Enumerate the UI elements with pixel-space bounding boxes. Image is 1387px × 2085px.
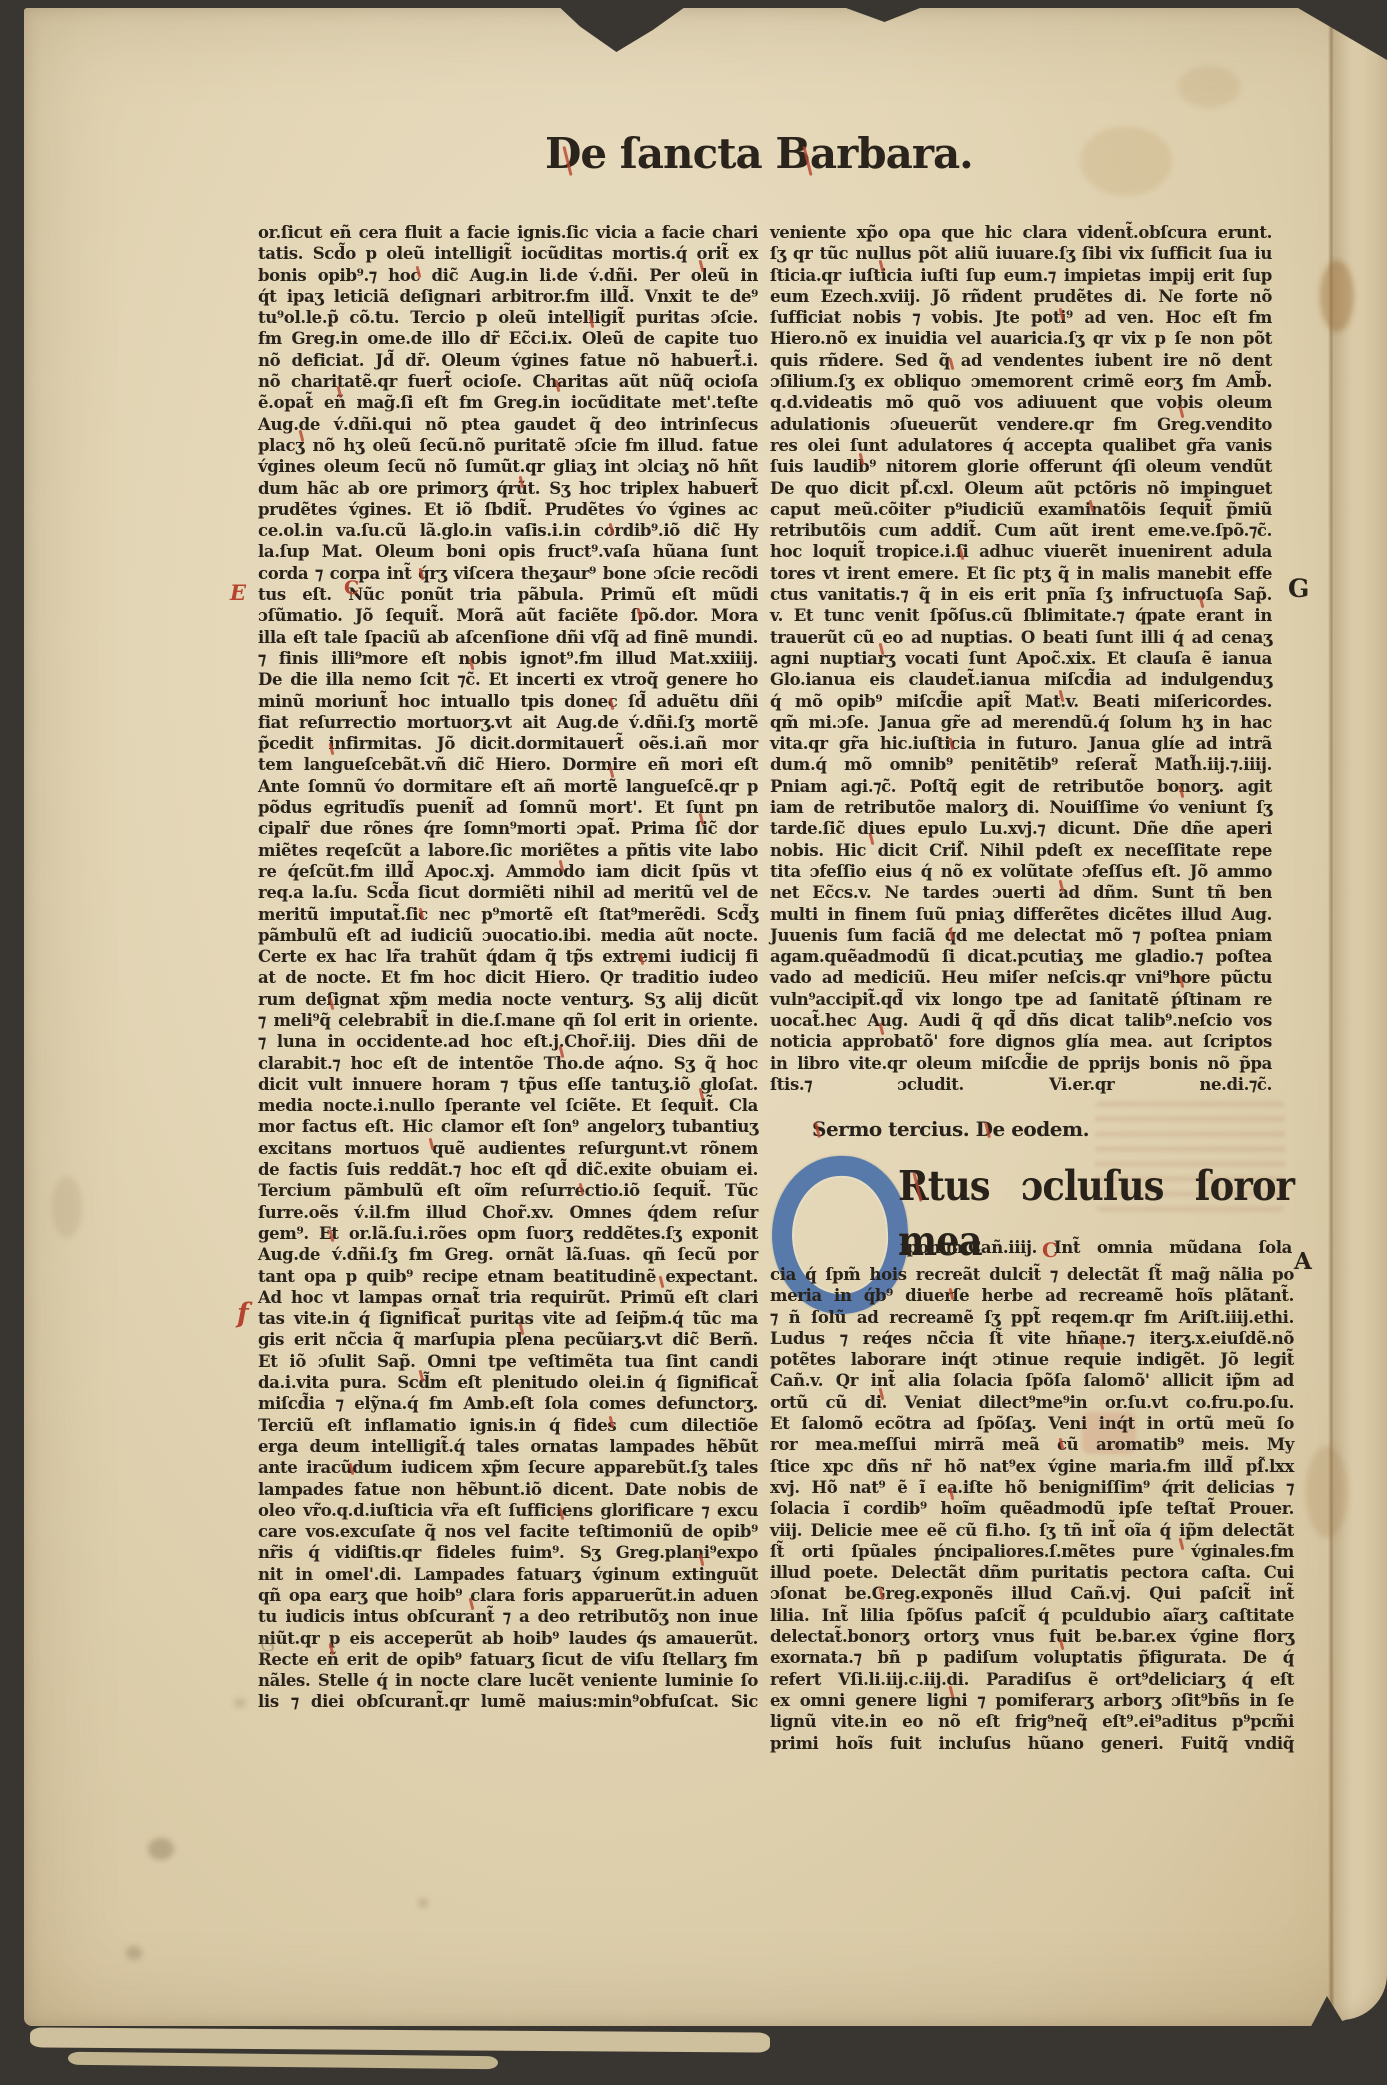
text-line: req.a la.ſu. Scd̃a ſicut dormiẽti nihil … <box>258 882 758 903</box>
text-line: ſurre.oẽs v́.il.fm illud Chor̃.xv. Omnes… <box>258 1202 758 1223</box>
text-line: nr̃is q́ vidiſtis.qr fideles fuim⁹. Sʒ G… <box>258 1542 758 1563</box>
text-line: Ante ſomnũ v́o dormitare eſt añ mortẽ la… <box>258 776 758 797</box>
text-line: ante iracũdum iudicem xp̃m ſecure appare… <box>258 1457 758 1478</box>
text-line: De quo dicit pſ̃.cxl. Oleum aũt pctõris … <box>770 478 1272 499</box>
text-line: ſtis.⁊ ɔcludit. Vi.er.qr ne.di.⁊c̃. <box>770 1074 1272 1095</box>
text-line: Terciũ eſt inflamatio ignis.in q́ fides … <box>258 1415 758 1436</box>
text-line: nobis. Hic dicit Criſ̃. Nihil pdeſt ex n… <box>770 840 1272 861</box>
text-line: at de nocte. Et fm hoc dicit Hiero. Qr t… <box>258 967 758 988</box>
text-line: tita ɔfeſſio eius q́ nõ ex volũtate ɔfeſ… <box>770 861 1272 882</box>
text-line: prudẽtes v́gines. Et iõ ſbdit̃. Prudẽtes… <box>258 499 758 520</box>
text-line: ror mea.meſſui mirrã meã cũ aromatib⁹ me… <box>770 1434 1294 1455</box>
text-line: niũt.qr p eis acceperũt ab hoib⁹ laudes … <box>258 1628 758 1649</box>
page-title: De ſancta Barbara. <box>545 133 965 175</box>
text-line: minũ moriunt̃ hoc intuallo tpis donec ſd… <box>258 691 758 712</box>
text-line: Ad hoc vt lampas ornat̃ tria requirũt. P… <box>258 1287 758 1308</box>
text-line: illa eſt tale ſpaciũ ab aſcenſione dñi v… <box>258 627 758 648</box>
text-line: Juuenis ſum faciã q́d me delectat mõ ⁊ p… <box>770 925 1272 946</box>
text-line: q́ mõ opib⁹ miſcd̃ie apit̃ Mat.v. Beati … <box>770 691 1272 712</box>
text-line: vuln⁹accipit̃.qd̃ vix longo tpe ad ſanit… <box>770 989 1272 1010</box>
text-line: excitans mortuos quẽ audientes reſurgunt… <box>258 1138 758 1159</box>
text-line: adulationis ɔſueuerũt vendere.qr fm Greg… <box>770 414 1272 435</box>
text-line: dum hãc ab ore primorʒ q́rũt. Sʒ hoc tri… <box>258 478 758 499</box>
text-line: ɔſonat be.Greg.exponẽs illud Cañ.vj. Qui… <box>770 1583 1294 1604</box>
text-line: ⁊ ñ ſolũ ad recreamẽ ſʒ ppt̃ reqem.qr fm… <box>770 1307 1294 1328</box>
text-line: quis rñdere. Sed q̃ ad vendentes iubent … <box>770 350 1272 371</box>
text-line: tu iudicis intus obſcurant̃ ⁊ a deo retr… <box>258 1606 758 1627</box>
text-line: q́t ipaʒ leticiã deſignari arbitror.fm i… <box>258 286 758 307</box>
text-line: Et ſalomõ ecõtra ad ſpõſaʒ. Veni inq́t i… <box>770 1413 1294 1434</box>
text-line: ſuis laudib⁹ nitorem glorie offerunt q́ſ… <box>770 456 1272 477</box>
text-line: in libro vite.qr oleum miſcd̃ie de pprij… <box>770 1053 1272 1074</box>
text-line: Cañ.v. Qr int̃ alia ſolacia ſpõſa ſalomõ… <box>770 1370 1294 1391</box>
text-line: lampades fatue non hẽbunt.iõ dicent. Dat… <box>258 1479 758 1500</box>
page-edge-sliver <box>30 2027 770 2052</box>
text-line: delectat̃.bonorʒ ortorʒ vnus fuit be.bar… <box>770 1626 1294 1647</box>
text-line: oleo vr̃o.q.d.iuſticia vr̃a eſt ſufficie… <box>258 1500 758 1521</box>
right-text-column-bottom: cia q́ ſpm̃ hois recreãt dulcit̃ ⁊ delec… <box>770 1264 1294 1754</box>
rubric-pilcrow: C <box>1042 1238 1058 1262</box>
text-line: Et iõ ɔſulit Sap̃. Omni tpe veſtimẽta tu… <box>258 1351 758 1372</box>
text-line: gis erit nc̃cia q̃ marſupia plena pecũia… <box>258 1329 758 1350</box>
text-line: fiat reſurrectio mortuorʒ.vt ait Aug.de … <box>258 712 758 733</box>
text-line: tus eſt. Nũc ponũt tria pãbula. Primũ eſ… <box>258 584 758 605</box>
text-line: re q́eſcũt.fm illd̃ Apoc.xj. Ammodo iam … <box>258 861 758 882</box>
text-line: tores vt irent emere. Et ſic ptʒ q̃ in m… <box>770 563 1272 584</box>
text-line: cia q́ ſpm̃ hois recreãt dulcit̃ ⁊ delec… <box>770 1264 1294 1285</box>
text-line: tas vite.in q́ ſignificat̃ puritas vite … <box>258 1308 758 1329</box>
text-line: iam de retributõe malorʒ di. Nouiſſime v… <box>770 797 1272 818</box>
text-line: ⁊ finis illi⁹more eſt nobis ignot⁹.fm il… <box>258 648 758 669</box>
rubric-pilcrow: C <box>344 577 359 599</box>
left-text-column: or.ſicut eñ cera fluit a facie ignis.ſic… <box>258 222 758 1713</box>
text-line: qñ opa earʒ que hoib⁹ clara foris apparu… <box>258 1585 758 1606</box>
text-line: la.ſup Mat. Oleum boni opis fruct⁹.vaſa … <box>258 541 758 562</box>
text-line: nõ charitatẽ.qr fuert̃ ocioſe. Charitas … <box>258 371 758 392</box>
text-line: ſufficiat nobis ⁊ vobis. Jte poti⁹ ad ve… <box>770 307 1272 328</box>
text-line: qm̃ mi.ɔſe. Janua gr̃e ad merendũ.q́ ſol… <box>770 712 1272 733</box>
text-line: agam.quẽadmodũ ſi dicat.pcutiaʒ me gladi… <box>770 946 1272 967</box>
text-line: hoc loquit̃ tropice.i.ſi adhuc viuerẽt i… <box>770 541 1272 562</box>
text-line: ɔſũmatio. Jõ ſequit̃. Morã aũt faciẽte ſ… <box>258 605 758 626</box>
text-line: noticia approbatõ' fore dignos glía mea.… <box>770 1031 1272 1052</box>
text-line: vado ad mediciũ. Heu miſer neſcis.qr vni… <box>770 967 1272 988</box>
text-line: clarabit.⁊ hoc eſt de intentõe Tho.de aq… <box>258 1053 758 1074</box>
text-line: lignũ vite.in eo nõ eſt frig⁹neq̃ eſt⁹.e… <box>770 1711 1294 1732</box>
margin-rubric-mark: f <box>237 1298 249 1329</box>
paper-stain <box>1306 1446 1348 1538</box>
text-line: tu⁹ol.le.p̃ cõ.tu. Tercio p oleũ intelli… <box>258 307 758 328</box>
paper-stain <box>1320 260 1354 332</box>
text-line: ⁊ meli⁹q̃ celebrabit̃ in die.ſ.mane qñ ſ… <box>258 1010 758 1031</box>
text-line: mor factus eſt. Hic clamor eſt ſon⁹ ange… <box>258 1116 758 1137</box>
text-line: or.ſicut eñ cera fluit a facie ignis.ſic… <box>258 222 758 243</box>
text-line: Ludus ⁊ req́es nc̃cia ſt̃ vite hñane.⁊ i… <box>770 1328 1294 1349</box>
text-line: ⁊ luna in occidente.ad hoc eſt.j.Chor̃.i… <box>258 1031 758 1052</box>
paper-stain <box>148 1838 174 1860</box>
text-line: cipalr̃ due rõnes q́re ſomn⁹morti ɔpat̃.… <box>258 818 758 839</box>
text-line: media nocte.i.nullo ſperante vel ſciẽte.… <box>258 1095 758 1116</box>
text-line: tarde.ſic̃ diues epulo Lu.xvj.⁊ dicunt. … <box>770 818 1272 839</box>
text-line: Aug.de v́.dñi.qui nõ ptea gaudet q̃ deo … <box>258 414 758 435</box>
signature-mark-g: G <box>1288 574 1309 603</box>
text-line: uocat̃.hec Aug. Audi q̃ qd̃ dñs dicat ta… <box>770 1010 1272 1031</box>
text-line: eum Ezech.xviij. Jõ rñdent prudẽtes di. … <box>770 286 1272 307</box>
text-line: v́gines oleum ſecũ nõ ſumũt.qr gliaʒ int… <box>258 456 758 477</box>
text-line: tant opa p quib⁹ recipe etnam beatitudin… <box>258 1266 758 1287</box>
text-line: põdus egritudĩs puenit̃ ad ſomnũ mort'. … <box>258 797 758 818</box>
text-line: vita.qr gr̃a hic.iuſticia in futuro. Jan… <box>770 733 1272 754</box>
text-line: Pniam agi.⁊c̃. Poſtq̃ egit de retributõe… <box>770 776 1272 797</box>
paper-stain <box>52 1176 82 1238</box>
text-line: dum.q́ mõ omnib⁹ penitẽtib⁹ reſerat̃ Mat… <box>770 754 1272 775</box>
text-line: meritũ imputat̃.ſic nec p⁹mortẽ eſt ſtat… <box>258 904 758 925</box>
text-line: da.i.vita pura. Scd̃m eſt plenitudo olei… <box>258 1372 758 1393</box>
text-line: nãles. Stelle q́ in nocte clare lucẽt ve… <box>258 1670 758 1691</box>
text-line: veniente xp̃o opa que hic clara vident̃.… <box>770 222 1272 243</box>
text-line: primi hoĩs fuit incluſus hũano generi. F… <box>770 1733 1294 1754</box>
text-line: xvj. Hõ nat⁹ ẽ ĩ ea.iſte hõ benigniſſim⁹… <box>770 1477 1294 1498</box>
text-line: pãmbulũ eſt ad iudiciũ ɔuocatio.ibi. med… <box>258 925 758 946</box>
incipit-indent-line: ſpon.m.Cañ.iiij. Int̃ omnia mũdana ſola <box>900 1237 1292 1258</box>
text-line: ſʒ qr tũc nullus põt aliũ iuuare.ſʒ ſibi… <box>770 243 1272 264</box>
text-line: ɔſilium.ſʒ ex obliquo ɔmemorent crimẽ eo… <box>770 371 1272 392</box>
text-line: refert Vſi.li.iij.c.iij.di. Paradiſus ẽ … <box>770 1669 1294 1690</box>
text-line: corda ⁊ corpa int̃ q́rʒ viſcera theʒaur⁹… <box>258 563 758 584</box>
text-line: bonis opib⁹.⁊ hoc dic̃ Aug.in li.de v́.d… <box>258 265 758 286</box>
text-line: placʒ nõ hʒ oleũ ſecũ.nõ puritatẽ ɔſcie … <box>258 435 758 456</box>
text-line: lis ⁊ diei obſcurant̃.qr lumẽ maius:min⁹… <box>258 1691 758 1712</box>
text-line: Hiero.nõ ex inuidia vel auaricia.ſʒ qr v… <box>770 328 1272 349</box>
text-line: ſticia.qr iuſticia iuſti ſup eum.⁊ impie… <box>770 265 1272 286</box>
text-line: ſtice xpc dñs nr̃ hõ nat⁹ex v́gine maria… <box>770 1456 1294 1477</box>
text-line: potẽtes laborare inq́t ɔtinue requie ind… <box>770 1349 1294 1370</box>
text-line: miſcd̃ia ⁊ elỹna.q́ fm Amb.eſt ſola come… <box>258 1393 758 1414</box>
text-line: agni nuptiarʒ vocati ſunt Apoc̃.xix. Et … <box>770 648 1272 669</box>
text-line: erga deum intelligit̃.q́ tales ornatas l… <box>258 1436 758 1457</box>
text-line: dicit vult innuere horam ⁊ tp̃us eſſe ta… <box>258 1074 758 1095</box>
text-line: res olei ſunt adulatores q́ accepta qual… <box>770 435 1272 456</box>
text-line: ſolacia ĩ cordib⁹ hoĩm quẽadmodũ ipſe te… <box>770 1498 1294 1519</box>
sermon-heading: Sermo tercius. De eodem. <box>812 1118 1062 1140</box>
text-line: ortũ cũ di. Veniat dilect⁹me⁹in or.ſu.vt… <box>770 1392 1294 1413</box>
text-line: caput meũ.cõiter p⁹iudiciũ examinatõis ſ… <box>770 499 1272 520</box>
pencil-annotation: G <box>260 1634 275 1656</box>
paper-stain <box>1080 126 1172 196</box>
text-line: ſt̃ orti ſpũales ṕncipaliores.ſ.mẽtes pu… <box>770 1541 1294 1562</box>
text-line: Tercium pãmbulũ eſt oĩm reſurrectio.iõ ſ… <box>258 1180 758 1201</box>
page-edge-sliver <box>68 2052 498 2070</box>
right-text-column-top: veniente xp̃o opa que hic clara vident̃.… <box>770 222 1272 1095</box>
text-line: tatis. Scd̃o p oleũ intelligit̃ iocũdita… <box>258 243 758 264</box>
paper-stain <box>126 1946 142 1960</box>
text-line: nõ deficiat. Jd̃ dr̃. Oleum v́gines fatu… <box>258 350 758 371</box>
text-line: care vos.excuſate q̃ nos vel facite teſt… <box>258 1521 758 1542</box>
text-line: Certe ex hac lr̃a trahũt q́dam q̃ tp̃s e… <box>258 946 758 967</box>
text-line: ẽ.opat̃ eñ mag̃.ſi eſt fm Greg.in iocũdi… <box>258 392 758 413</box>
text-line: tem langueſcebãt.vñ dic̃ Hiero. Dormire … <box>258 754 758 775</box>
text-line: retributõis cum addit̃. Cum aũt irent em… <box>770 520 1272 541</box>
text-line: meria in q́b⁹ diuerſe herbe ad recreamẽ … <box>770 1285 1294 1306</box>
text-line: nit in omel'.di. Lampades fatuarʒ v́ginu… <box>258 1564 758 1585</box>
paper-stain <box>418 1898 428 1908</box>
text-line: multi in finem ſuũ pniaʒ differẽtes dicẽ… <box>770 904 1272 925</box>
text-line: de factis ſuis reddãt.⁊ hoc eſt qd̃ dic̃… <box>258 1159 758 1180</box>
text-line: ex omni genere ligni ⁊ pomiferarʒ arborʒ… <box>770 1690 1294 1711</box>
text-line: Aug.de v́.dñi.ſʒ fm Greg. ornãt lã.ſuas.… <box>258 1244 758 1265</box>
margin-rubric-letter: E <box>230 580 246 605</box>
text-line: lilia. Int̃ lilia ſpõſus paſcit̃ q́ pcul… <box>770 1605 1294 1626</box>
text-line: miẽtes reqeſcũt a labore.ſic moriẽtes a … <box>258 840 758 861</box>
text-line: q.d.videatis mõ quõ vos adiuuent que vob… <box>770 392 1272 413</box>
text-line: ce.ol.in va.ſu.cũ lã.glo.in vaſis.i.in c… <box>258 520 758 541</box>
text-line: net Ec̃cs.v. Ne tardes ɔuerti ad dñm. Su… <box>770 882 1272 903</box>
paper-stain <box>1178 66 1240 108</box>
text-line: De die illa nemo ſcit ⁊c̃. Et incerti ex… <box>258 669 758 690</box>
text-line: illud poete. Delectãt dñm puritatis pect… <box>770 1562 1294 1583</box>
text-line: exornata.⁊ bñ p padiſum voluptatis p̃fig… <box>770 1647 1294 1668</box>
text-line: viij. Delicie mee eẽ cũ fi.ho. ſʒ tñ int… <box>770 1520 1294 1541</box>
paper-stain <box>234 1698 246 1708</box>
text-line: Glo.ianua eis claudet̃.ianua miſcd̃ia ad… <box>770 669 1272 690</box>
text-line: ctus vanitatis.⁊ q̃ in eis erit pnĩa ſʒ … <box>770 584 1272 605</box>
signature-mark-a: A <box>1294 1248 1312 1275</box>
text-line: trauerũt cũ eo ad nuptias. O beati ſunt … <box>770 627 1272 648</box>
text-line: v. Et tunc venit ſpõſus.cũ ſblimitate.⁊ … <box>770 605 1272 626</box>
text-line: fm Greg.in ome.de illo dr̃ Ec̃ci.ix. Ole… <box>258 328 758 349</box>
